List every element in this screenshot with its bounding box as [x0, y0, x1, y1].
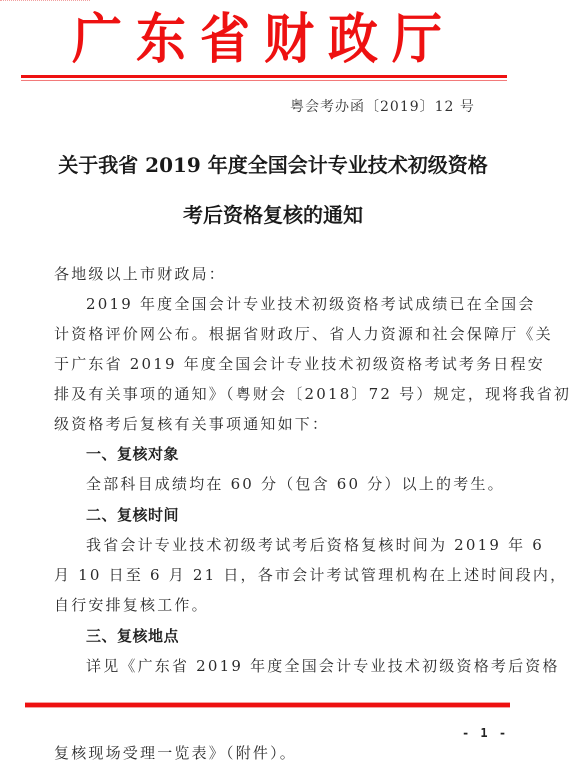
masthead-red-rule	[21, 75, 507, 78]
section-line: 详见《广东省 2019 年度全国会计专业技术初级资格考后资格	[86, 656, 526, 676]
next-page-continuation: 复核现场受理一览表》（附件）。	[54, 743, 494, 763]
intro-line: 计资格评价网公布。根据省财政厅、省人力资源和社会保障厅《关	[54, 324, 494, 344]
section-heading-target: 一、复核对象	[86, 444, 526, 464]
document-title-line-1: 关于我省 2019 年度全国会计专业技术初级资格	[0, 152, 546, 178]
section-line: 我省会计专业技术初级考试考后资格复核时间为 2019 年 6	[86, 535, 526, 555]
document-title-line-2: 考后资格复核的通知	[0, 202, 546, 228]
agency-masthead: 广东省财政厅	[0, 3, 520, 74]
section-line: 自行安排复核工作。	[54, 595, 494, 615]
section-line: 月 10 日至 6 月 21 日，各市会计考试管理机构在上述时间段内，	[54, 565, 494, 585]
section-heading-location: 三、复核地点	[86, 626, 526, 646]
intro-line: 于广东省 2019 年度全国会计专业技术初级资格考试考务日程安	[54, 354, 494, 374]
document-number: 粤会考办函〔2019〕12 号	[290, 97, 480, 117]
section-heading-time: 二、复核时间	[86, 505, 526, 525]
intro-line: 2019 年度全国会计专业技术初级资格考试成绩已在全国会	[86, 294, 526, 314]
page-number: - 1 -	[460, 726, 510, 740]
masthead-red-rule-thin	[21, 80, 507, 81]
page-break-red-rule	[25, 703, 510, 707]
salutation: 各地级以上市财政局：	[54, 264, 494, 284]
intro-line: 排及有关事项的通知》（粤财会〔2018〕72 号）规定，现将我省初	[54, 384, 494, 404]
intro-line: 级资格考后复核有关事项通知如下：	[54, 414, 494, 434]
section-line: 全部科目成绩均在 60 分（包含 60 分）以上的考生。	[86, 474, 526, 494]
